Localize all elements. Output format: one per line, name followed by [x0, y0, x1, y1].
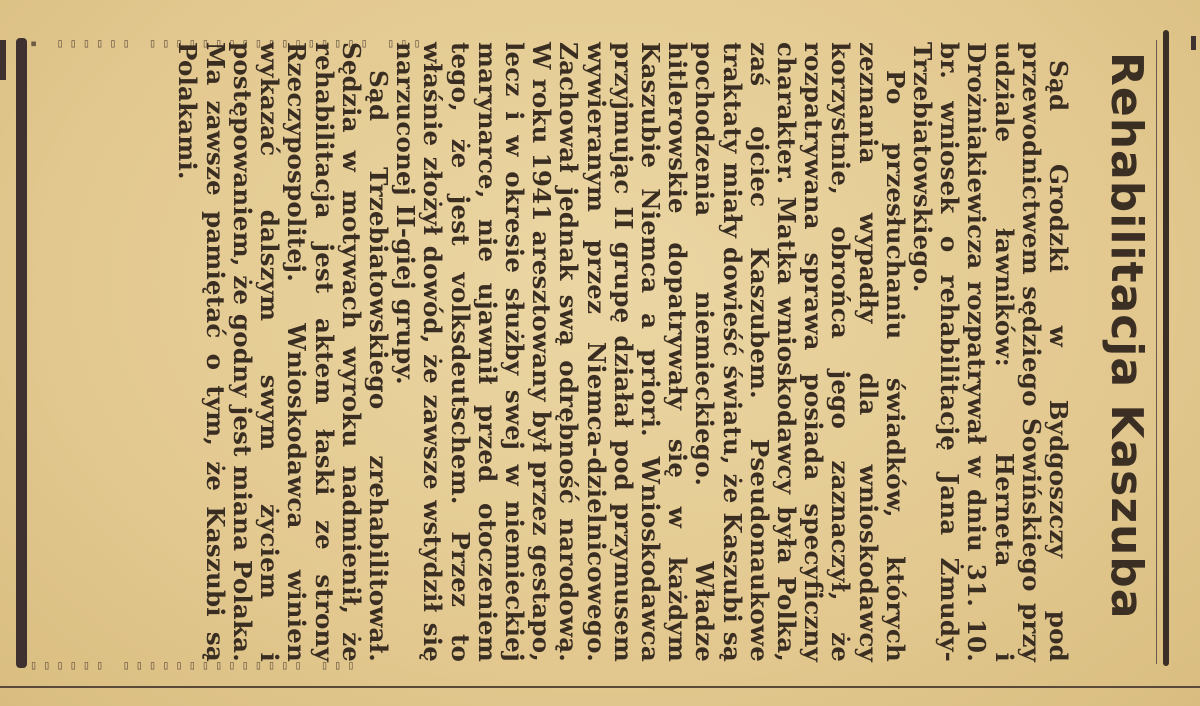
article: Rehabilitacja Kaszuba Sąd Grodzki w Bydg… — [30, 42, 1160, 682]
article-paragraph: Po przesłuchaniu świadków, których zezna… — [392, 42, 909, 662]
column-rule-left — [16, 38, 27, 668]
edge-mark — [0, 40, 6, 80]
newspaper-clipping-scan: ▪ ▯▯▯▯▯▯ ▯▯▯▯▯▯▯▯▯▯▯▯▯▯▯▯▯ ▯▯▯ Rehabilit… — [0, 0, 1200, 706]
cut-off-text-bottom: ▯▯▯▯▯▯ ▯▯▯▯▯▯▯▯▯▯▯▯▯▯ ▯▯▯ — [30, 658, 1170, 672]
article-paragraph: Sąd Grodzki w Bydgoszczy pod przewodnict… — [909, 42, 1072, 662]
column-rule-thick — [1163, 30, 1169, 666]
horizontal-rule — [0, 686, 1200, 688]
edge-mark — [1191, 36, 1196, 50]
article-paragraph: Sąd Trzebiatowskiego zrehabilitował. Sęd… — [174, 42, 392, 662]
article-body: Sąd Grodzki w Bydgoszczy pod przewodnict… — [174, 42, 1072, 662]
article-title: Rehabilitacja Kaszuba — [1101, 42, 1152, 672]
